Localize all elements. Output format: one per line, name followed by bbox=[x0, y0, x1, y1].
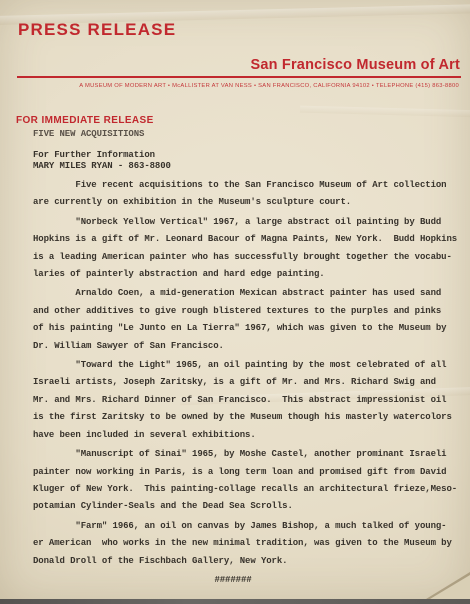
release-headline: FIVE NEW ACQUISITIONS bbox=[33, 129, 144, 139]
folded-corner bbox=[430, 575, 470, 599]
paragraph-norbeck-yellow-vertical: "Norbeck Yellow Vertical" 1967, a large … bbox=[33, 214, 467, 284]
museum-name: San Francisco Museum of Art bbox=[250, 57, 460, 73]
paragraph-toward-the-light: "Toward the Light" 1965, an oil painting… bbox=[33, 357, 467, 444]
release-status-line: FOR IMMEDIATE RELEASE bbox=[16, 115, 154, 126]
contact-name: MARY MILES RYAN - 863-8800 bbox=[33, 161, 171, 172]
end-mark: ####### bbox=[33, 572, 467, 589]
paragraph-farm: "Farm" 1966, an oil on canvas by James B… bbox=[33, 518, 467, 570]
body-text: Five recent acquisitions to the San Fran… bbox=[33, 177, 467, 589]
paper-crease bbox=[300, 106, 470, 118]
contact-block: For Further Information MARY MILES RYAN … bbox=[33, 150, 171, 172]
paragraph-manuscript-of-sinai: "Manuscript of Sinai" 1965, by Moshe Cas… bbox=[33, 446, 467, 516]
press-release-document: PRESS RELEASE San Francisco Museum of Ar… bbox=[0, 0, 470, 604]
letterhead-rule bbox=[17, 76, 461, 78]
paragraph-arnaldo-coen: Arnaldo Coen, a mid-generation Mexican a… bbox=[33, 285, 467, 355]
press-release-heading: PRESS RELEASE bbox=[18, 20, 176, 40]
scan-edge bbox=[0, 599, 470, 604]
museum-address-line: A MUSEUM OF MODERN ART • McALLISTER AT V… bbox=[79, 83, 459, 89]
contact-intro: For Further Information bbox=[33, 150, 171, 161]
paragraph-acquisitions-intro: Five recent acquisitions to the San Fran… bbox=[33, 177, 467, 212]
